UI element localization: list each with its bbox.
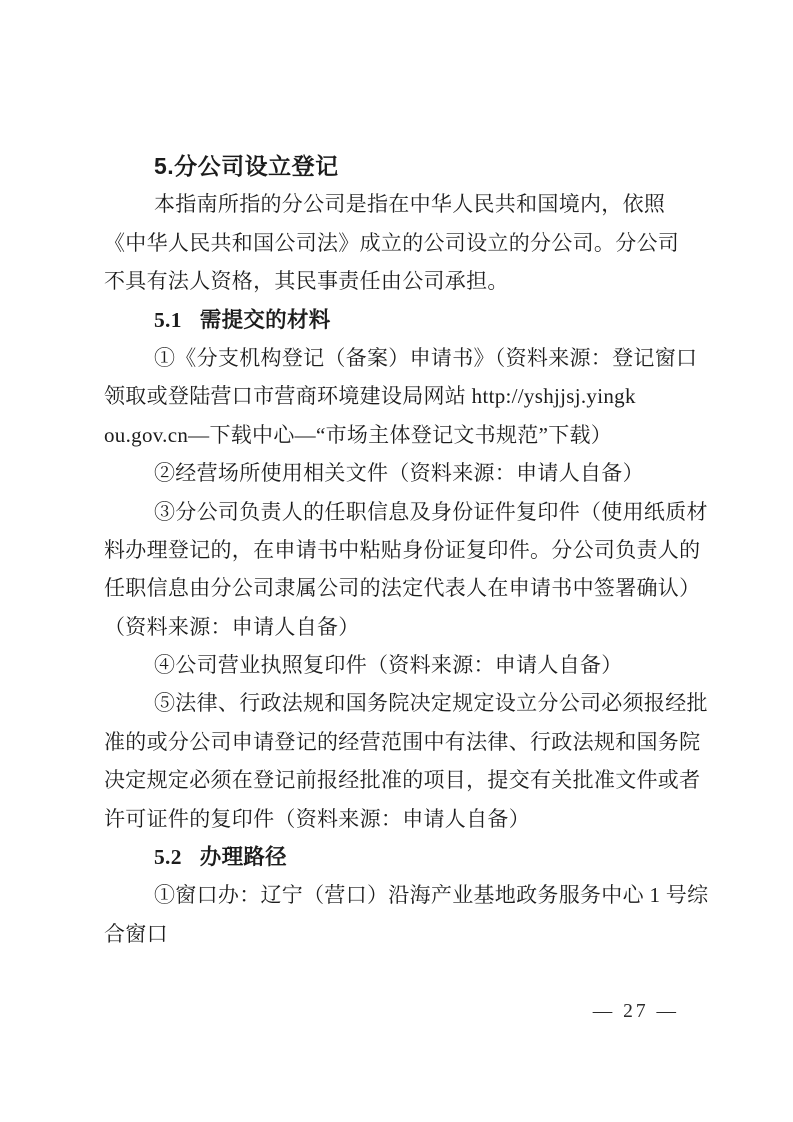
- text-line: ③分公司负责人的任职信息及身份证件复印件（使用纸质材: [104, 493, 684, 531]
- text-line: （资料来源：申请人自备）: [104, 608, 684, 646]
- material-item-3: ③分公司负责人的任职信息及身份证件复印件（使用纸质材 料办理登记的，在申请书中粘…: [104, 493, 684, 647]
- text-line: 准的或分公司申请登记的经营范围中有法律、行政法规和国务院: [104, 723, 684, 761]
- section-heading: 5.分公司设立登记: [104, 147, 684, 185]
- document-content: 5.分公司设立登记 本指南所指的分公司是指在中华人民共和国境内，依照 《中华人民…: [104, 147, 684, 953]
- material-item-2: ②经营场所使用相关文件（资料来源：申请人自备）: [104, 454, 684, 492]
- document-page: 5.分公司设立登记 本指南所指的分公司是指在中华人民共和国境内，依照 《中华人民…: [0, 0, 793, 1122]
- text-line: 领取或登陆营口市营商环境建设局网站 http://yshjjsj.yingk: [104, 377, 684, 415]
- path-item-1: ①窗口办：辽宁（营口）沿海产业基地政务服务中心 1 号综 合窗口: [104, 876, 684, 953]
- text-line: ⑤法律、行政法规和国务院决定规定设立分公司必须报经批: [104, 684, 684, 722]
- text-line: ou.gov.cn—下载中心—“市场主体登记文书规范”下载）: [104, 416, 684, 454]
- text-line: 任职信息由分公司隶属公司的法定代表人在申请书中签署确认）: [104, 569, 684, 607]
- material-item-4: ④公司营业执照复印件（资料来源：申请人自备）: [104, 646, 684, 684]
- text-line: ④公司营业执照复印件（资料来源：申请人自备）: [104, 646, 684, 684]
- subsection-number: 5.1: [154, 301, 182, 339]
- subsection-title: 办理路径: [200, 845, 287, 869]
- material-item-1: ①《分支机构登记（备案）申请书》（资料来源：登记窗口 领取或登陆营口市营商环境建…: [104, 339, 684, 454]
- material-item-5: ⑤法律、行政法规和国务院决定规定设立分公司必须报经批 准的或分公司申请登记的经营…: [104, 684, 684, 838]
- subsection-title: 需提交的材料: [200, 308, 331, 332]
- text-line: 许可证件的复印件（资料来源：申请人自备）: [104, 800, 684, 838]
- text-line: ①《分支机构登记（备案）申请书》（资料来源：登记窗口: [104, 339, 684, 377]
- text-line: 不具有法人资格，其民事责任由公司承担。: [104, 262, 684, 300]
- text-line: 料办理登记的，在申请书中粘贴身份证复印件。分公司负责人的: [104, 531, 684, 569]
- subsection-number: 5.2: [154, 838, 182, 876]
- intro-paragraph: 本指南所指的分公司是指在中华人民共和国境内，依照 《中华人民共和国公司法》成立的…: [104, 185, 684, 300]
- subsection-heading-5-2: 5.2办理路径: [104, 838, 684, 876]
- text-line: 合窗口: [104, 915, 684, 953]
- text-line: 本指南所指的分公司是指在中华人民共和国境内，依照: [104, 185, 684, 223]
- subsection-heading-5-1: 5.1需提交的材料: [104, 301, 684, 339]
- text-line: ②经营场所使用相关文件（资料来源：申请人自备）: [104, 454, 684, 492]
- page-number: — 27 —: [593, 1001, 679, 1023]
- text-line: 决定规定必须在登记前报经批准的项目，提交有关批准文件或者: [104, 761, 684, 799]
- text-line: 《中华人民共和国公司法》成立的公司设立的分公司。分公司: [104, 224, 684, 262]
- text-line: ①窗口办：辽宁（营口）沿海产业基地政务服务中心 1 号综: [104, 876, 684, 914]
